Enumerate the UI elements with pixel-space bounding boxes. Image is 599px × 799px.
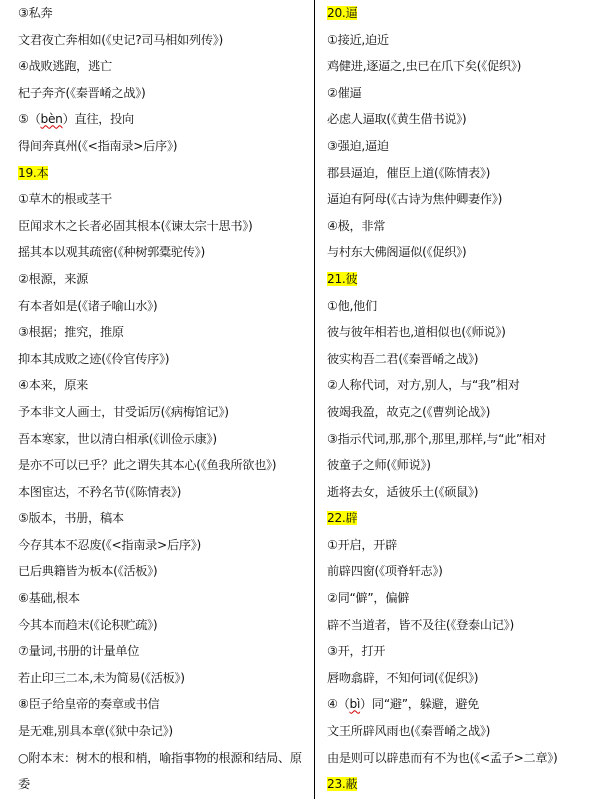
- sense-suffix: ）直往，投向: [63, 112, 134, 126]
- example-line: 摇其本以观其疏密(《种树郭橐驼传》): [18, 239, 308, 266]
- example-line: 唇吻翕辟，不知何词(《促织》): [327, 665, 595, 692]
- entry-heading: 19.本: [18, 160, 308, 187]
- example-line: 已后典籍皆为板本(《活板》): [18, 558, 308, 585]
- example-line: 逝将去女，适彼乐土(《硕鼠》): [327, 479, 595, 506]
- left-column: ③私奔 文君夜亡奔相如(《史记?司马相如列传》) ④战败逃跑，逃亡 杞子奔齐(《…: [18, 0, 308, 798]
- highlighted-heading: 23.蔽: [327, 777, 357, 791]
- sense-line: ①开启，开辟: [327, 532, 595, 559]
- example-line: 前辟四窗(《项脊轩志》): [327, 558, 595, 585]
- sense-line: ③根据；推究，推原: [18, 319, 308, 346]
- sense-line: ⑦量词,书册的计量单位: [18, 638, 308, 665]
- example-line: 今存其本不忍废(《<指南录>后序》): [18, 532, 308, 559]
- example-line: 必虑人逼取(《黄生借书说》): [327, 106, 595, 133]
- example-line: 郡县逼迫，催臣上道(《陈情表》): [327, 160, 595, 187]
- pinyin-annotation: bèn: [41, 112, 63, 126]
- example-line: 有本者如是(《诸子喻山水》): [18, 293, 308, 320]
- highlighted-heading: 20.逼: [327, 6, 357, 20]
- example-line: 彼与彼年相若也,道相似也(《师说》): [327, 319, 595, 346]
- example-line: 今其本而趋末(《论积贮疏》): [18, 612, 308, 639]
- sense-line: ③私奔: [18, 0, 308, 27]
- example-line: 得间奔真州(《<指南录>后序》): [18, 133, 308, 160]
- sense-line: ①接近,迫近: [327, 27, 595, 54]
- note-line: ○附本末：树木的根和梢，喻指事物的根源和结局、原: [18, 745, 308, 772]
- example-line: 鸡健进,逐逼之,虫已在爪下矣(《促织》): [327, 53, 595, 80]
- sense-line: ④战败逃跑，逃亡: [18, 53, 308, 80]
- entry-heading: 23.蔽: [327, 771, 595, 798]
- sense-line: ⑤版本，书册，稿本: [18, 505, 308, 532]
- sense-line: ①他,他们: [327, 293, 595, 320]
- highlighted-heading: 22.辟: [327, 511, 357, 525]
- example-line: 与村东大佛阁逼似(《促织》): [327, 239, 595, 266]
- sense-line: ③指示代词,那,那个,那里,那样,与“此”相对: [327, 426, 595, 453]
- example-line: 逼迫有阿母(《古诗为焦仲卿妻作》): [327, 186, 595, 213]
- sense-line: ④极，非常: [327, 213, 595, 240]
- right-column: 20.逼 ①接近,迫近 鸡健进,逐逼之,虫已在爪下矣(《促织》) ②催逼 必虑人…: [327, 0, 595, 798]
- example-line: 文君夜亡奔相如(《史记?司马相如列传》): [18, 27, 308, 54]
- example-line: 彼实构吾二君(《秦晋崤之战》): [327, 346, 595, 373]
- sense-suffix: ）同“避”，躲避，避免: [360, 697, 479, 711]
- sense-line: ①草木的根或茎干: [18, 186, 308, 213]
- example-line: 彼童子之师(《师说》): [327, 452, 595, 479]
- example-line: 是无难,别具本章(《狱中杂记》): [18, 718, 308, 745]
- note-line: 委: [18, 771, 308, 798]
- pinyin-annotation: bì: [350, 697, 361, 711]
- example-line: 若止印三二本,未为简易(《活板》): [18, 665, 308, 692]
- sense-line: ②根源，来源: [18, 266, 308, 293]
- sense-line: ④（bì）同“避”，躲避，避免: [327, 691, 595, 718]
- column-divider: [314, 0, 315, 799]
- example-line: 吾本寒家，世以清白相承(《训俭示康》): [18, 426, 308, 453]
- example-line: 是亦不可以已乎？此之谓失其本心(《鱼我所欲也》): [18, 452, 308, 479]
- example-line: 本图宦达，不矜名节(《陈情表》): [18, 479, 308, 506]
- sense-line: ⑧臣子给皇帝的奏章或书信: [18, 691, 308, 718]
- example-line: 文王所辟风雨也(《秦晋崤之战》): [327, 718, 595, 745]
- example-line: 辟不当道者，皆不及往(《登泰山记》): [327, 612, 595, 639]
- entry-heading: 22.辟: [327, 505, 595, 532]
- highlighted-heading: 21.彼: [327, 272, 357, 286]
- entry-heading: 20.逼: [327, 0, 595, 27]
- sense-line: ③强迫,逼迫: [327, 133, 595, 160]
- example-line: 杞子奔齐(《秦晋崤之战》): [18, 80, 308, 107]
- sense-line: ②同“僻”，偏僻: [327, 585, 595, 612]
- sense-line: ③开，打开: [327, 638, 595, 665]
- sense-prefix: ⑤（: [18, 112, 41, 126]
- sense-line: ②人称代词，对方,别人，与“我”相对: [327, 372, 595, 399]
- example-line: 抑本其成败之迹(《伶官传序》): [18, 346, 308, 373]
- sense-line: ⑥基础,根本: [18, 585, 308, 612]
- example-line: 予本非文人画士，甘受诟厉(《病梅馆记》): [18, 399, 308, 426]
- highlighted-heading: 19.本: [18, 166, 48, 180]
- example-line: 彼竭我盈，故克之(《曹刿论战》): [327, 399, 595, 426]
- sense-line: ④本来，原来: [18, 372, 308, 399]
- sense-prefix: ④（: [327, 697, 350, 711]
- entry-heading: 21.彼: [327, 266, 595, 293]
- example-line: 由是则可以辟患而有不为也(《<孟子>二章》): [327, 745, 595, 772]
- example-line: 臣闻求木之长者必固其根本(《谏太宗十思书》): [18, 213, 308, 240]
- sense-line: ②催逼: [327, 80, 595, 107]
- sense-line: ⑤（bèn）直往，投向: [18, 106, 308, 133]
